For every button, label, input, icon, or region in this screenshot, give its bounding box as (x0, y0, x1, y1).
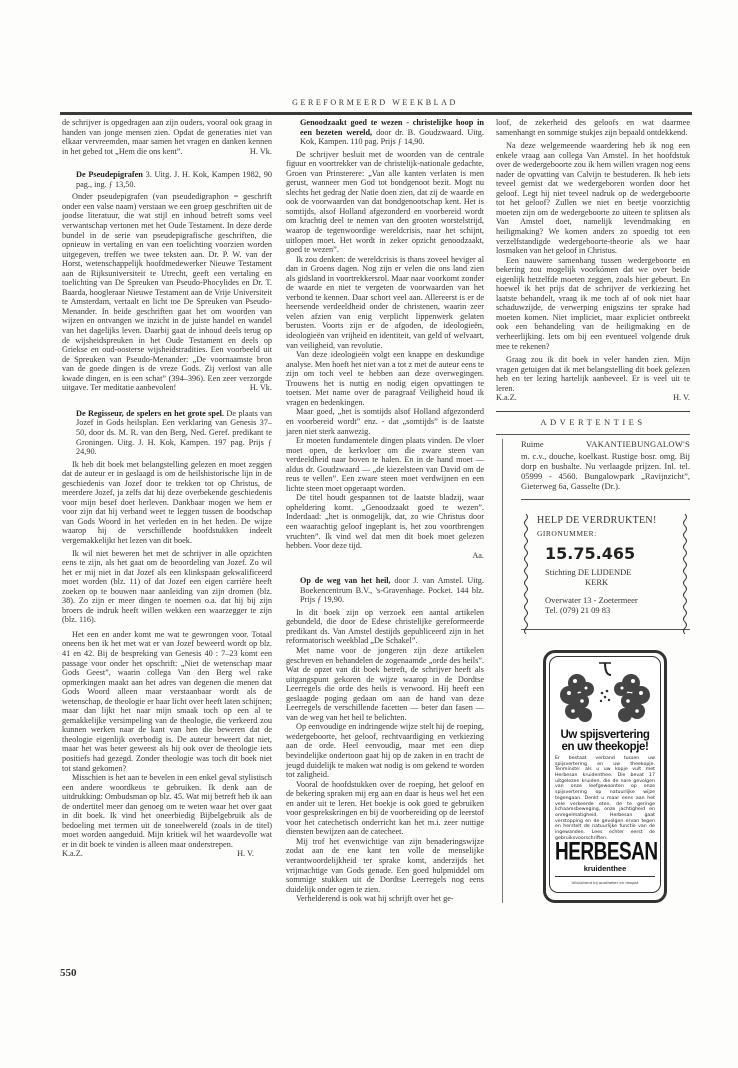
advertisement-help-de-verdrukten: HELP DE VERDRUKTEN! GIRONUMMER: 15.75.46… (521, 508, 690, 625)
masthead: GEREFORMEERD WEEKBLAD (60, 98, 690, 107)
page-number: 550 (60, 967, 77, 979)
review-place: K.a.Z. (496, 393, 517, 403)
review-paragraph: Na deze welgemeende waardering heb ik no… (496, 141, 690, 256)
review-paragraph: Graag zou ik dit boek in veler handen zi… (496, 355, 690, 393)
advertisement-herbesan: Uw spijsvertering en uw theekopje! Er be… (543, 650, 667, 903)
review-title: Op de weg van het heil, (300, 576, 391, 585)
review-heading-pseudepigrafen: De Pseudepigrafen 3. Uitg. J. H. Kok, Ka… (76, 170, 272, 189)
column-2: Genoodzaakt goed te wezen - christelijke… (286, 118, 484, 904)
help-organisation: Stichting DE LIJDENDE KERK (545, 567, 676, 587)
advertisement-bungalow: Ruime VAKANTIEBUNGALOW'S m. c.v., douche… (502, 439, 690, 903)
review-paragraph: Van deze ideologieën volgt een knappe en… (286, 350, 484, 407)
herbesan-brand-logo: HERBESAN (555, 842, 655, 865)
ad-body: m. c.v., douche, koelkast. Rustige bosr.… (521, 451, 690, 491)
review-paragraph: Verhelderend is ook wat hij schrijft ove… (286, 894, 484, 904)
newspaper-page: GEREFORMEERD WEEKBLAD de schrijver is op… (0, 0, 738, 1068)
review-paragraph: loof, de zekerheid des geloofs en wat da… (496, 118, 690, 137)
review-paragraph: De schrijver besluit met de woorden van … (286, 150, 484, 255)
advertenties-heading: ADVERTENTIES (496, 418, 690, 428)
review-paragraph: Misschien is het aan te bevelen in een e… (62, 773, 272, 849)
herbesan-headline: Uw spijsvertering en uw theekopje! (555, 729, 655, 753)
ad-divider (521, 629, 690, 630)
review-signature: Aa. (286, 551, 484, 561)
review-paragraph: Er moeten fundamentele dingen plaats vin… (286, 436, 484, 493)
review-title: De Regisseur, de spelers en het grote sp… (76, 409, 224, 418)
ad-divider (521, 499, 690, 500)
column-1: de schrijver is opgedragen aan zijn oude… (62, 118, 272, 859)
column-3: loof, de zekerheid des geloofs en wat da… (496, 118, 690, 903)
herbesan-body: Er bestaat verband tussen uw spijsverter… (555, 756, 655, 842)
ad-lead: Ruime (521, 439, 544, 449)
phone-line: Tel. (079) 21 09 83 (545, 605, 676, 615)
review-signoff: K.a.Z. H. V. (496, 393, 690, 403)
review-signature: H. V. (673, 393, 690, 403)
org-line: Stichting DE LIJDENDE (545, 567, 676, 577)
wavy-border-icon (682, 514, 688, 634)
review-heading-genoodzaakt: Genoodzaakt goed te wezen - christelijke… (300, 118, 484, 147)
herbs-illustration-icon (555, 661, 655, 727)
review-title: De Pseudepigrafen (76, 170, 143, 179)
review-paragraph: Mij trof het evenwichtige van zijn benad… (286, 837, 484, 894)
giro-label: GIRONUMMER: (537, 529, 676, 539)
masthead-rule (60, 112, 692, 115)
review-paragraph: Vooral de hoofdstukken over de roeping, … (286, 780, 484, 837)
herbesan-footer: Uitsluitend bij apotheker en drogist (555, 876, 655, 888)
review-paragraph: Ik zou denken: de wereldcrisis is thans … (286, 255, 484, 350)
help-title: HELP DE VERDRUKTEN! (537, 516, 676, 526)
review-paragraph: Met name voor de jongeren zijn deze arti… (286, 646, 484, 722)
review-body: Onder pseudepigrafen (van pseudedigrapho… (62, 192, 272, 392)
review-heading-weg-van-het-heil: Op de weg van het heil, door J. van Amst… (300, 576, 484, 605)
review-paragraph: Een nauwere samenhang tussen wedergeboor… (496, 256, 690, 351)
review-paragraph: Maar goed, „het is somtijds alsof Hollan… (286, 407, 484, 436)
address-line: Overwater 13 - Zoetermeer (545, 595, 676, 605)
review-signature: H. V. (237, 849, 254, 859)
section-rule (496, 434, 690, 435)
review-heading-regisseur: De Regisseur, de spelers en het grote sp… (76, 409, 272, 457)
section-rule (496, 411, 690, 413)
ad-headline: VAKANTIEBUNGALOW'S (586, 439, 690, 449)
wavy-border-icon (523, 514, 529, 634)
giro-number: 15.75.465 (545, 549, 676, 559)
help-address: Overwater 13 - Zoetermeer Tel. (079) 21 … (545, 595, 676, 615)
review-paragraph: In dit boek zijn op verzoek een aantal a… (286, 608, 484, 646)
review-signoff: K.a.Z. H. V. (62, 849, 272, 859)
review-paragraph: Het een en ander komt me wat te gewronge… (62, 630, 272, 773)
review-place: K.a.Z. (62, 849, 83, 859)
review-paragraph: De titel houdt gespannen tot de laatste … (286, 493, 484, 550)
review-paragraph: Op eenvoudige en indringende wijze stelt… (286, 722, 484, 779)
org-line: KERK (585, 577, 676, 587)
review-paragraph: Ik heb dit boek met belangstelling gelez… (62, 460, 272, 546)
review-paragraph: Ik wil niet beweren het met de schrijver… (62, 549, 272, 625)
